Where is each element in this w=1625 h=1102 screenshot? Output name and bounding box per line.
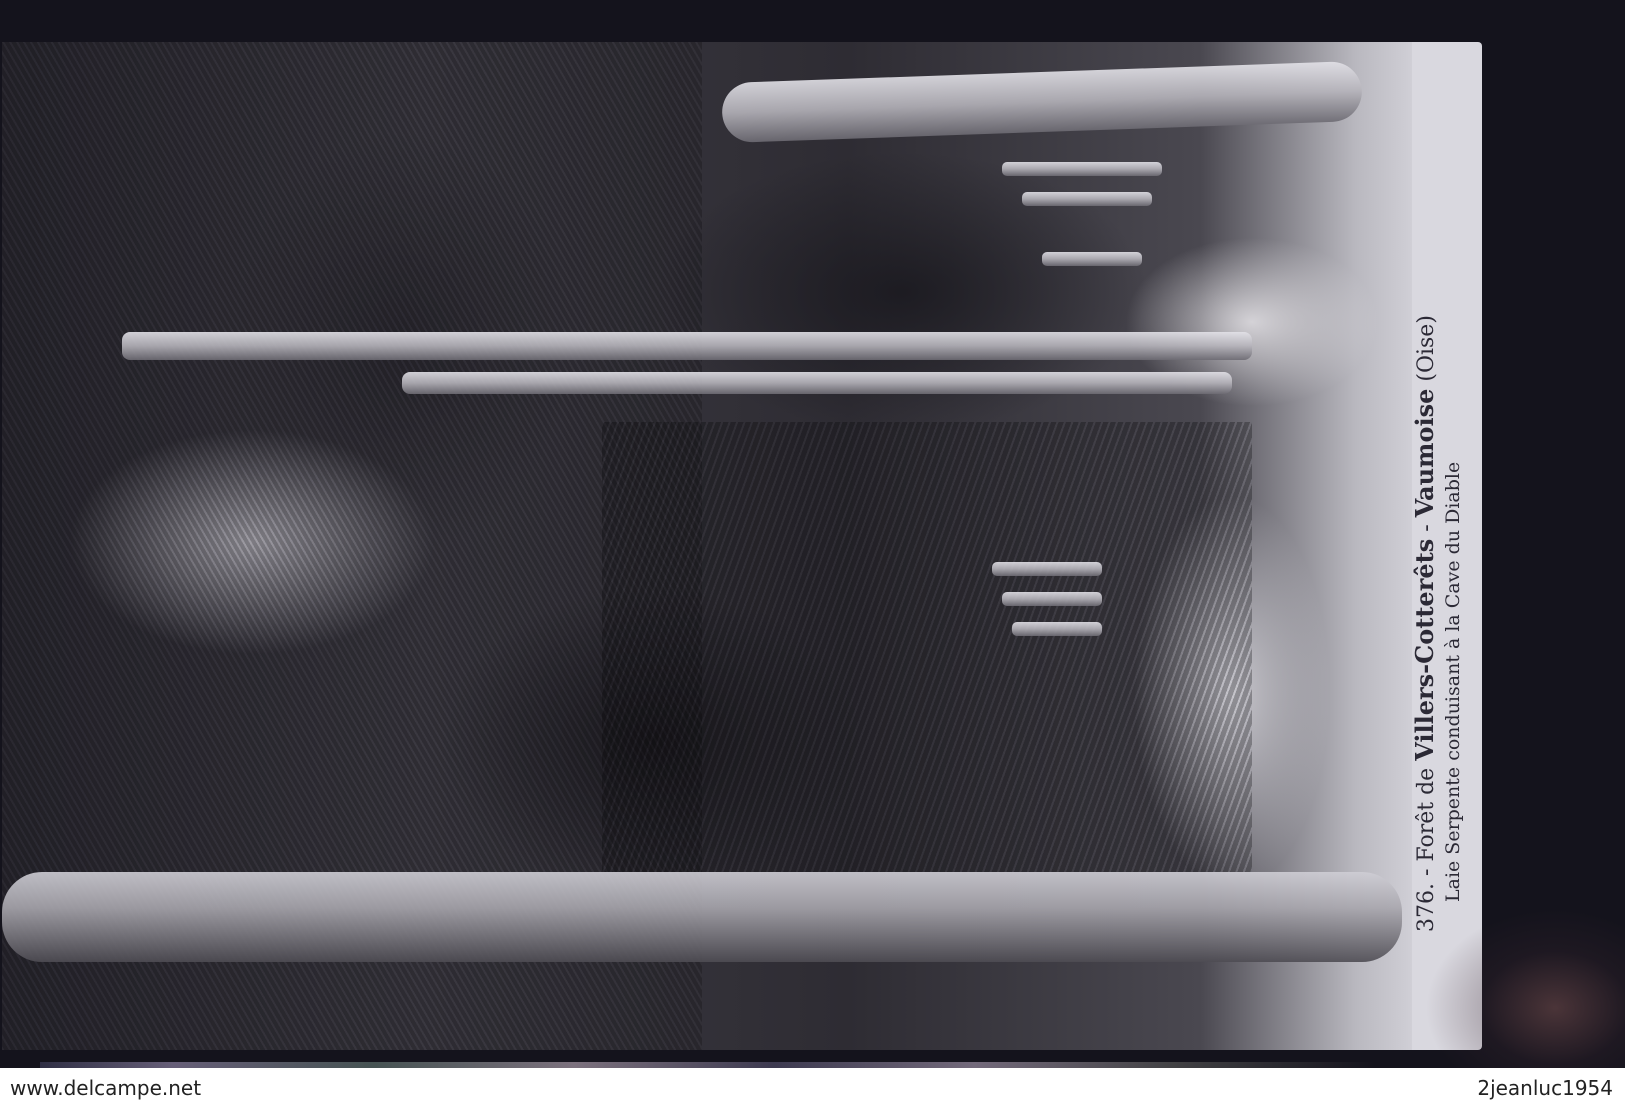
forest-photo — [2, 42, 1412, 1050]
log-foreground — [2, 872, 1402, 962]
log-distant-5 — [1002, 592, 1102, 606]
log-distant-4 — [992, 562, 1102, 576]
caption-subtitle: Laie Serpente conduisant à la Cave du Di… — [1442, 462, 1464, 902]
separator: - — [1414, 869, 1439, 876]
log-horizontal-1 — [122, 332, 1252, 360]
foliage-center — [602, 422, 1252, 872]
scan-glare — [1425, 908, 1625, 1068]
title-region: (Oise) — [1414, 315, 1439, 382]
title-prefix: Forêt de — [1414, 768, 1439, 862]
log-distant-3 — [1042, 252, 1142, 266]
log-distant-6 — [1012, 622, 1102, 636]
seller-watermark: 2jeanluc1954 — [1477, 1076, 1613, 1100]
separator: - — [1414, 524, 1439, 531]
scan-background: 376. - Forêt de Villers-Cotterêts - Vaum… — [0, 0, 1625, 1068]
title-forest: Villers-Cotterêts — [1410, 539, 1439, 761]
log-top — [721, 61, 1363, 143]
postcard: 376. - Forêt de Villers-Cotterêts - Vaum… — [2, 42, 1482, 1050]
caption-title: 376. - Forêt de Villers-Cotterêts - Vaum… — [1410, 315, 1439, 932]
log-distant-1 — [1002, 162, 1162, 176]
log-horizontal-2 — [402, 372, 1232, 394]
log-distant-2 — [1022, 192, 1152, 206]
title-place: Vaumoise — [1410, 389, 1439, 518]
scan-edge-artifact — [40, 1062, 1375, 1068]
site-watermark: www.delcampe.net — [10, 1076, 201, 1100]
